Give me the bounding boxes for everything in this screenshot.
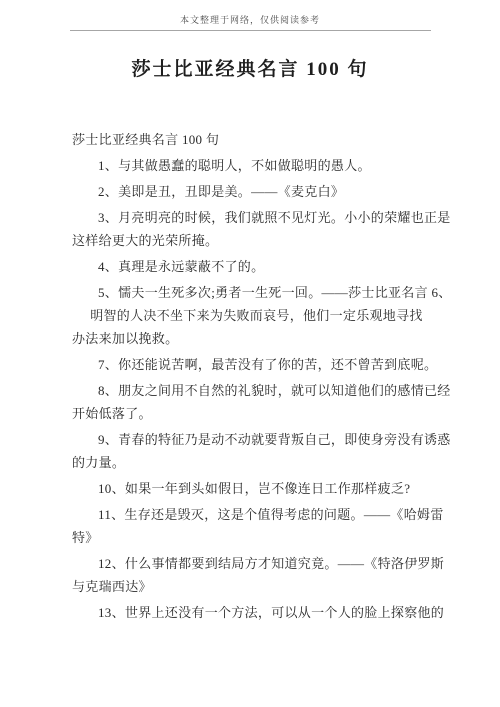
- doc-line: 开始低落了。: [72, 402, 432, 425]
- paragraph: 5、懦夫一生死多次;勇者一生死一回。——莎士比亚名言 6、明智的人决不坐下来为失…: [72, 281, 432, 350]
- page-title: 莎士比亚经典名言 100 句: [0, 56, 500, 84]
- doc-line: 1、与其做愚蠢的聪明人，不如做聪明的愚人。: [72, 154, 432, 177]
- header-rule: [70, 30, 431, 31]
- paragraph: 1、与其做愚蠢的聪明人，不如做聪明的愚人。: [72, 154, 432, 177]
- doc-line: 3、月亮明亮的时候，我们就照不见灯光。小小的荣耀也正是: [72, 206, 432, 229]
- paragraph: 2、美即是丑，丑即是美。——《麦克白》: [72, 180, 432, 203]
- document-page: 本文整理于网络，仅供阅读参考 莎士比亚经典名言 100 句 莎士比亚经典名言 1…: [0, 0, 500, 707]
- doc-line: 办法来加以挽救。: [72, 327, 432, 350]
- doc-line: 8、朋友之间用不自然的礼貌时，就可以知道他们的感情已经: [72, 379, 432, 402]
- doc-line: 7、你还能说苦啊，最苦没有了你的苦，还不曾苦到底呢。: [72, 353, 432, 376]
- doc-line: 13、世界上还没有一个方法，可以从一个人的脸上探察他的: [72, 601, 432, 624]
- doc-line: 莎士比亚经典名言 100 句: [72, 128, 432, 151]
- paragraph: 莎士比亚经典名言 100 句: [72, 128, 432, 151]
- paragraph: 13、世界上还没有一个方法，可以从一个人的脸上探察他的: [72, 601, 432, 624]
- doc-body: 莎士比亚经典名言 100 句1、与其做愚蠢的聪明人，不如做聪明的愚人。2、美即是…: [72, 128, 432, 624]
- doc-line: 2、美即是丑，丑即是美。——《麦克白》: [72, 180, 432, 203]
- doc-line: 这样给更大的光荣所掩。: [72, 229, 432, 252]
- paragraph: 4、真理是永远蒙蔽不了的。: [72, 255, 432, 278]
- doc-line: 4、真理是永远蒙蔽不了的。: [72, 255, 432, 278]
- doc-line: 10、如果一年到头如假日，岂不像连日工作那样疲乏?: [72, 477, 432, 500]
- doc-line: 11、生存还是毁灭，这是个值得考虑的问题。——《哈姆雷: [72, 503, 432, 526]
- page-header: 本文整理于网络，仅供阅读参考: [0, 0, 500, 31]
- paragraph: 10、如果一年到头如假日，岂不像连日工作那样疲乏?: [72, 477, 432, 500]
- paragraph: 9、青春的特征乃是动不动就要背叛自己，即使身旁没有诱惑的力量。: [72, 428, 432, 474]
- paragraph: 3、月亮明亮的时候，我们就照不见灯光。小小的荣耀也正是这样给更大的光荣所掩。: [72, 206, 432, 252]
- doc-line: 特》: [72, 526, 432, 549]
- doc-line: 的力量。: [72, 451, 432, 474]
- doc-line: 9、青春的特征乃是动不动就要背叛自己，即使身旁没有诱惑: [72, 428, 432, 451]
- header-note: 本文整理于网络，仅供阅读参考: [0, 14, 500, 26]
- doc-line: 12、什么事情都要到结局方才知道究竟。——《特洛伊罗斯: [72, 552, 432, 575]
- doc-line: 与克瑞西达》: [72, 575, 432, 598]
- doc-line: 5、懦夫一生死多次;勇者一生死一回。——莎士比亚名言 6、: [72, 281, 432, 304]
- paragraph: 7、你还能说苦啊，最苦没有了你的苦，还不曾苦到底呢。: [72, 353, 432, 376]
- doc-line: 明智的人决不坐下来为失败而哀号，他们一定乐观地寻找: [72, 304, 432, 327]
- paragraph: 11、生存还是毁灭，这是个值得考虑的问题。——《哈姆雷特》: [72, 503, 432, 549]
- paragraph: 12、什么事情都要到结局方才知道究竟。——《特洛伊罗斯与克瑞西达》: [72, 552, 432, 598]
- paragraph: 8、朋友之间用不自然的礼貌时，就可以知道他们的感情已经开始低落了。: [72, 379, 432, 425]
